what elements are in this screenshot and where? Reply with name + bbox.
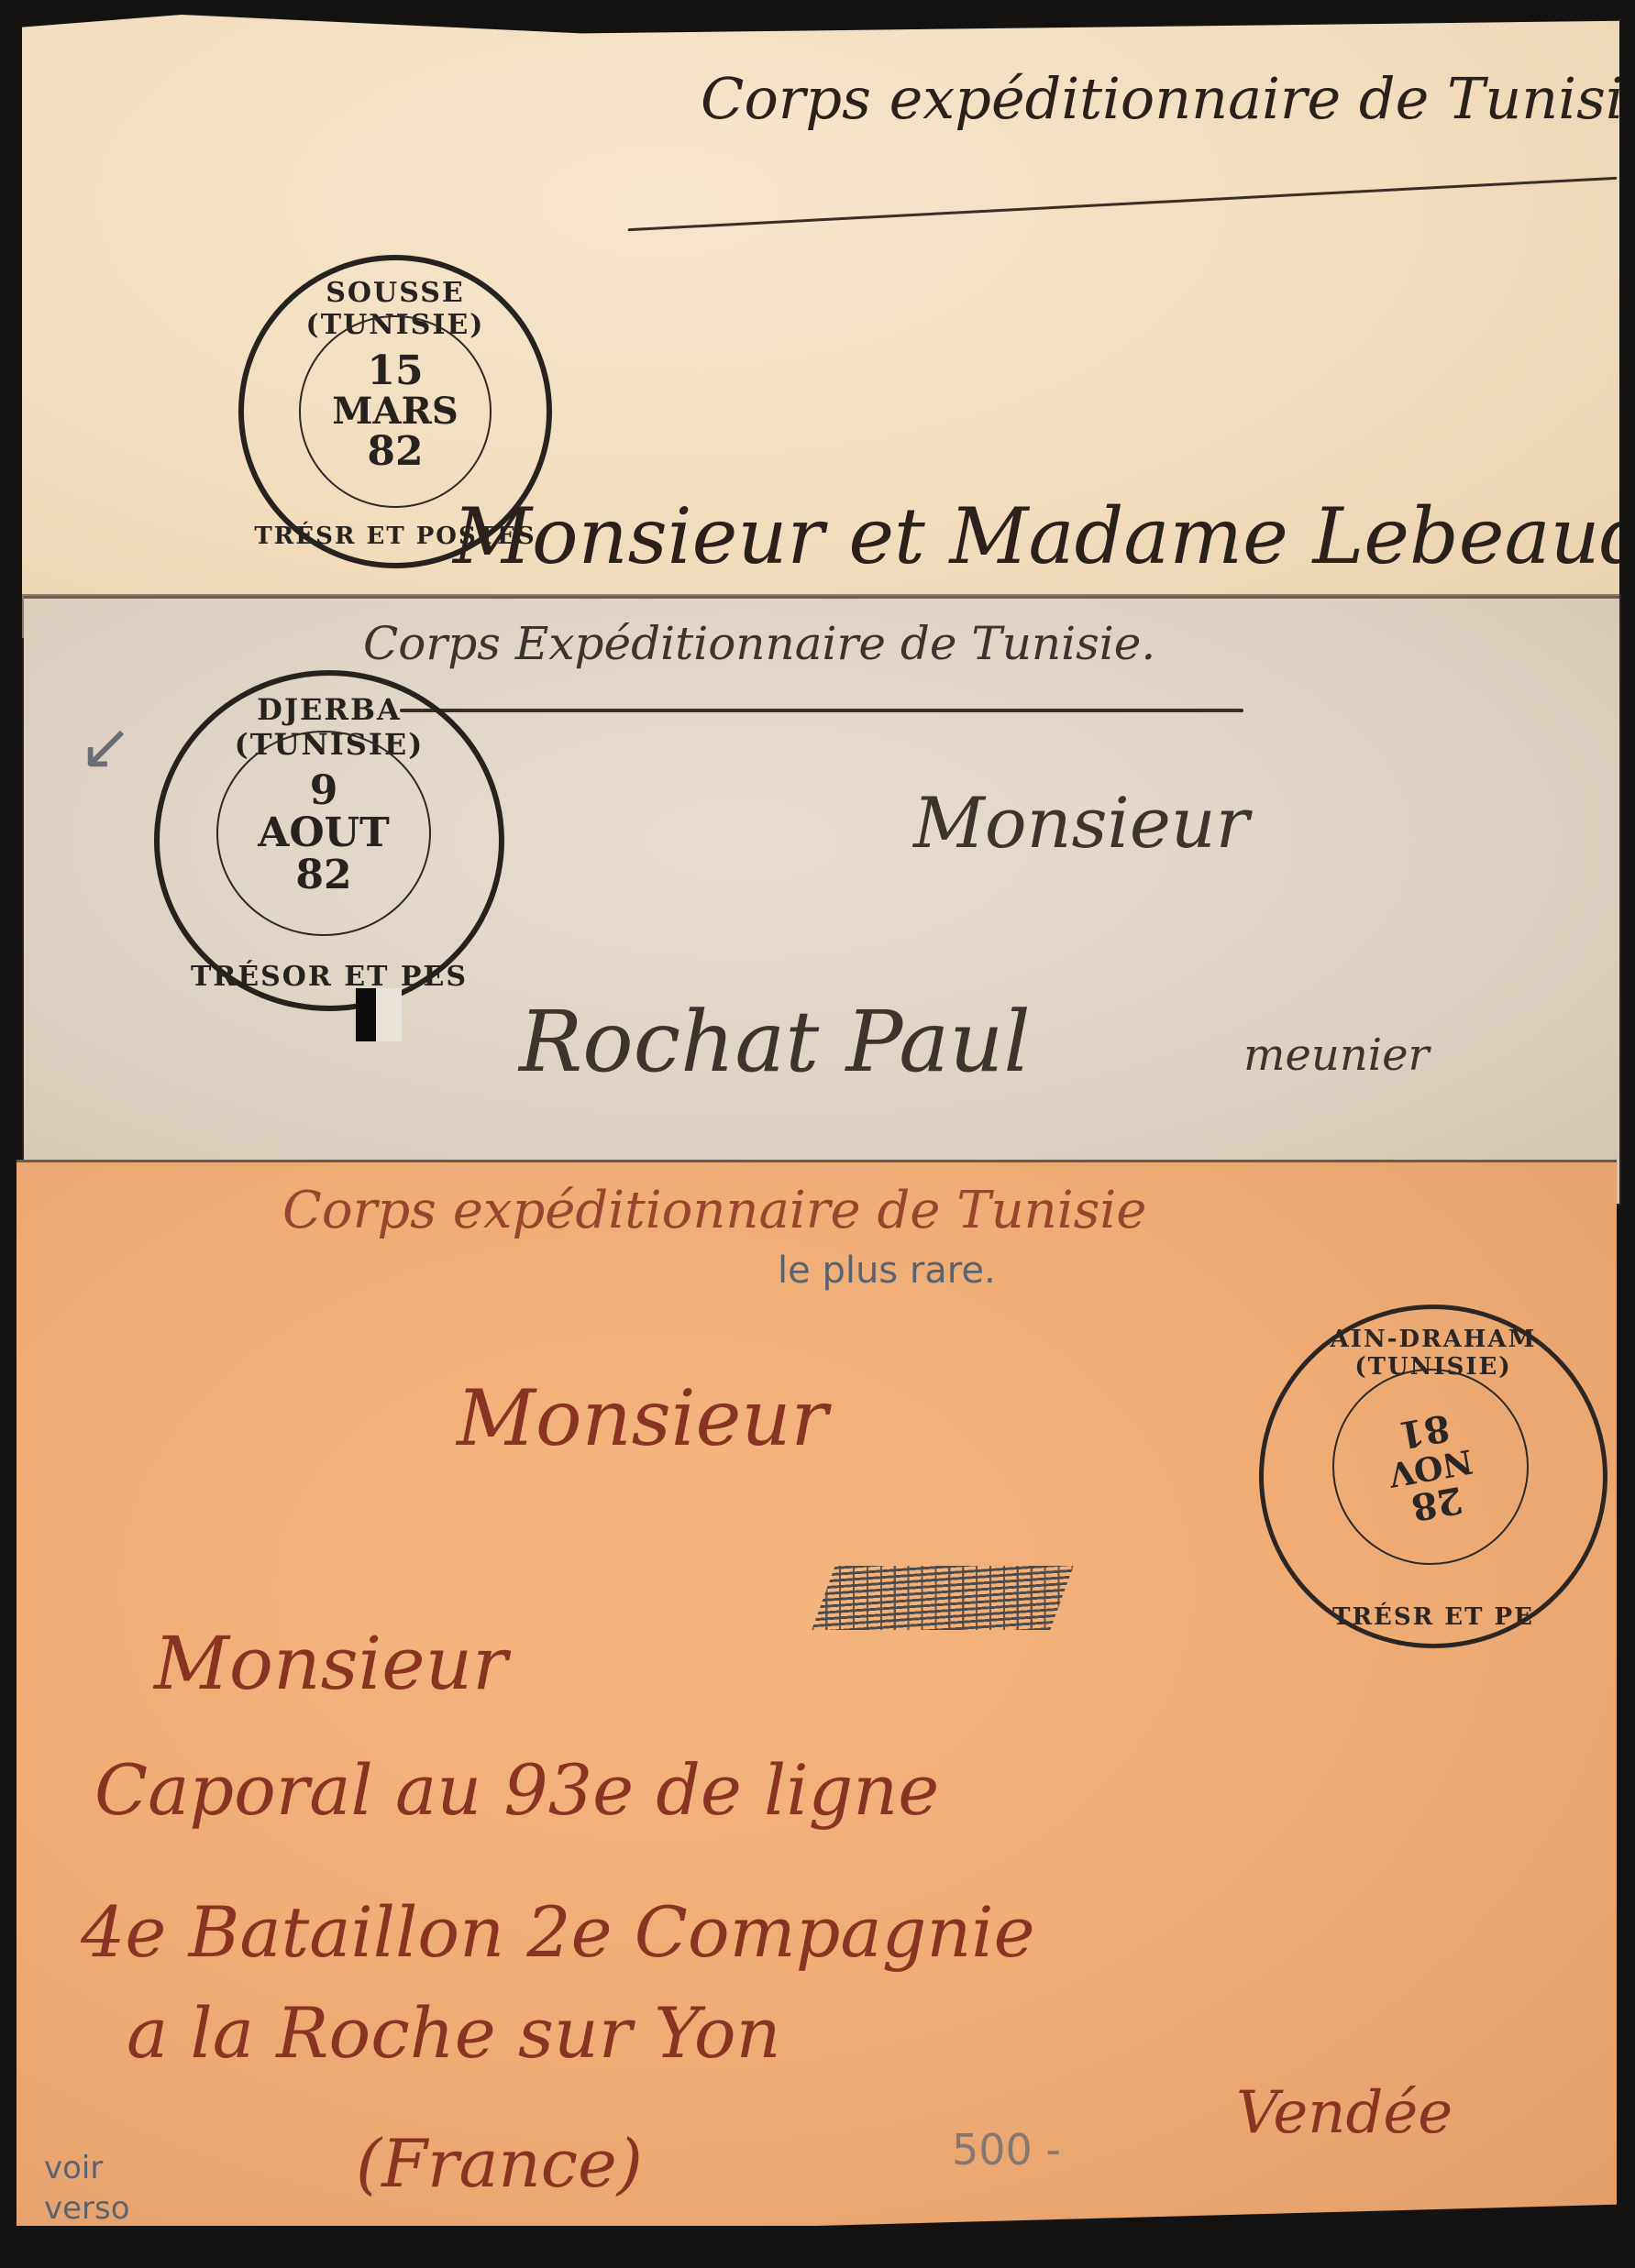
address-line: Monsieur — [457, 1373, 828, 1463]
address-line: Monsieur et Madame Lebeaud — [453, 491, 1635, 581]
envelope-ain-draham: Corps expéditionnaire de Tunisie le plus… — [17, 1160, 1617, 2226]
pencil-voir-verso: voir verso - — [44, 2148, 145, 2268]
header-corps-expeditionnaire: Corps expéditionnaire de Tunisie — [701, 65, 1635, 132]
pencil-note-rare: le plus rare. — [778, 1250, 996, 1292]
mount-tape-light — [376, 988, 402, 1041]
pencil-price: 500 - — [952, 2125, 1061, 2174]
postmark-year: 81 — [1396, 1407, 1453, 1454]
address-line: 4e Bataillon 2e Compagnie — [81, 1891, 1035, 1973]
postmark-day: 15 — [367, 350, 423, 392]
header-underline — [400, 709, 1243, 712]
header-corps-expeditionnaire: Corps Expéditionnaire de Tunisie. — [363, 617, 1155, 670]
postmark-ain-draham: AIN-DRAHAM (TUNISIE) 28 NOV 81 TRÉSR ET … — [1259, 1305, 1607, 1648]
header-underline — [628, 177, 1618, 232]
postmark-month: AOUT — [258, 812, 390, 854]
address-line: Monsieur — [913, 782, 1249, 864]
pencil-arrow-icon: ↙ — [79, 709, 133, 784]
header-corps-expeditionnaire: Corps expéditionnaire de Tunisie — [282, 1181, 1146, 1240]
envelope-sousse: Corps expéditionnaire de Tunisie SOUSSE … — [22, 15, 1619, 638]
mount-tape — [356, 988, 376, 1041]
crossed-out-word — [812, 1566, 1073, 1630]
address-line: a la Roche sur Yon — [127, 1992, 781, 2074]
address-line: Caporal au 93e de ligne — [94, 1749, 939, 1831]
address-line: Rochat Paul — [519, 993, 1031, 1091]
address-line: (France) — [356, 2125, 643, 2202]
postmark-month: MARS — [332, 392, 458, 431]
envelope-djerba: Corps Expéditionnaire de Tunisie. ↙ DJER… — [24, 596, 1619, 1204]
postmark-day: 9 — [310, 770, 338, 812]
postmark-ring-bottom: TRÉSOR ET PES — [160, 961, 499, 993]
postmark-djerba: DJERBA (TUNISIE) 9 AOUT 82 TRÉSOR ET PES — [154, 670, 504, 1011]
postmark-ring-bottom: TRÉSR ET PE — [1264, 1603, 1603, 1631]
postmark-year: 82 — [367, 431, 423, 473]
address-line: Monsieur — [154, 1621, 507, 1706]
postmark-year: 82 — [295, 854, 351, 897]
address-line: meunier — [1243, 1029, 1429, 1081]
address-line: Vendée — [1236, 2079, 1453, 2147]
